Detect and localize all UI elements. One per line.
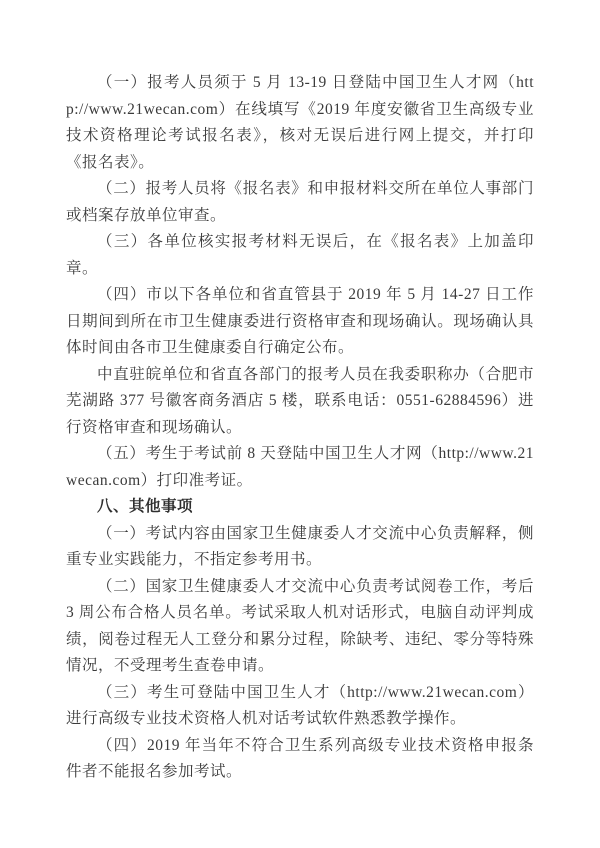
paragraph-exam-content: （一）考试内容由国家卫生健康委人才交流中心负责解释，侧重专业实践能力，不指定参考… <box>66 521 534 574</box>
document-page: （一）报考人员须于 5 月 13-19 日登陆中国卫生人才网（http://ww… <box>0 0 600 848</box>
paragraph-provincial-units: 中直驻皖单位和省直各部门的报考人员在我委职称办（合肥市芜湖路 377 号徽客商务… <box>66 362 534 442</box>
paragraph-software-practice: （三）考生可登陆中国卫生人才（http://www.21wecan.com）进行… <box>66 680 534 733</box>
paragraph-unit-verification: （三）各单位核实报考材料无误后，在《报名表》上加盖印章。 <box>66 229 534 282</box>
paragraph-registration-online: （一）报考人员须于 5 月 13-19 日登陆中国卫生人才网（http://ww… <box>66 70 534 176</box>
paragraph-onsite-confirmation: （四）市以下各单位和省直管县于 2019 年 5 月 14-27 日工作日期间到… <box>66 282 534 362</box>
section-heading-other-matters: 八、其他事项 <box>66 494 534 521</box>
paragraph-eligibility-restriction: （四）2019 年当年不符合卫生系列高级专业技术资格申报条件者不能报名参加考试。 <box>66 733 534 786</box>
paragraph-grading-rules: （二）国家卫生健康委人才交流中心负责考试阅卷工作，考后 3 周公布合格人员名单。… <box>66 574 534 680</box>
paragraph-submit-materials: （二）报考人员将《报名表》和申报材料交所在单位人事部门或档案存放单位审查。 <box>66 176 534 229</box>
paragraph-print-admission-ticket: （五）考生于考试前 8 天登陆中国卫生人才网（http://www.21weca… <box>66 441 534 494</box>
